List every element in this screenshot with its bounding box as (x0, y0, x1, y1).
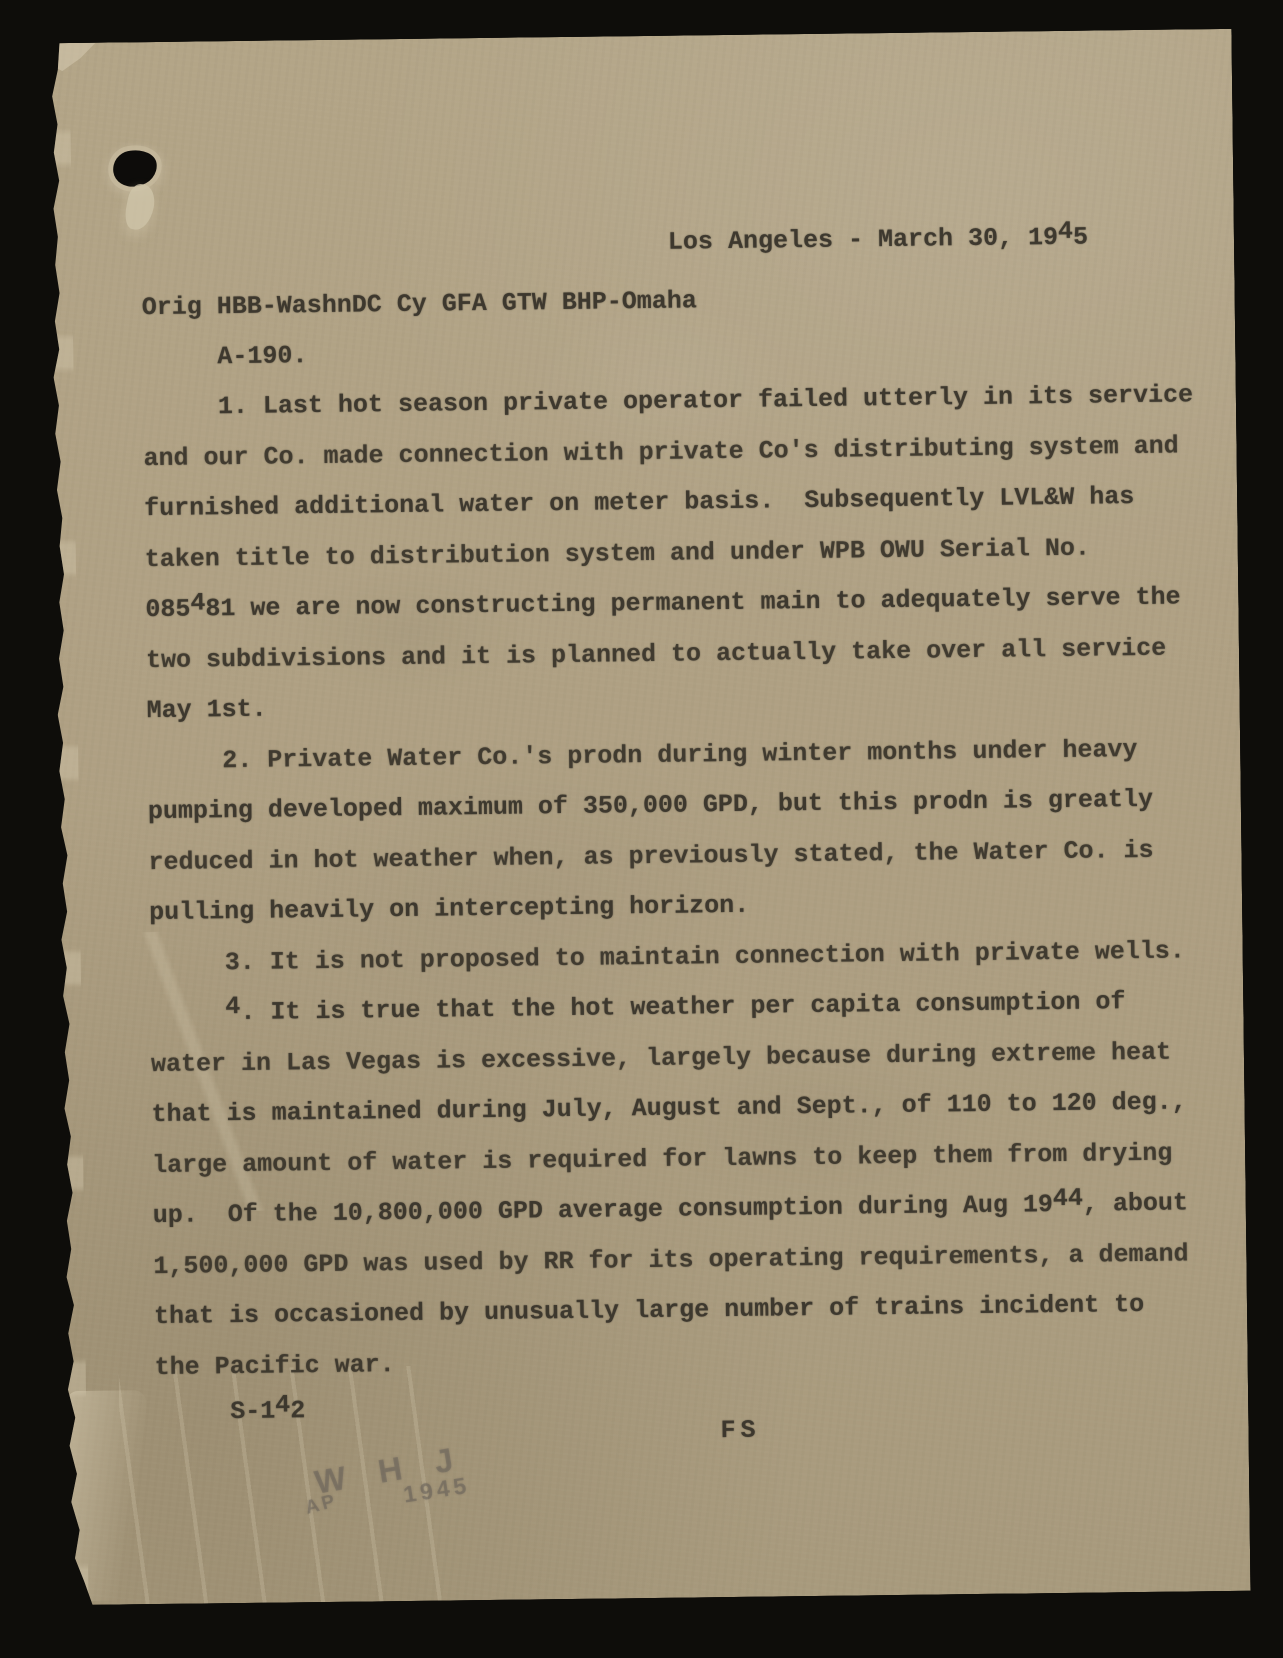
dateline: Los Angeles - March 30, 1945 (668, 223, 1088, 257)
typist-initials: FS (720, 1416, 760, 1445)
paper-sheet: Los Angeles - March 30, 1945 Orig HBB-Wa… (48, 29, 1251, 1605)
received-stamp: W H J 1945 AP (48, 29, 1232, 43)
typed-content: Los Angeles - March 30, 1945 Orig HBB-Wa… (48, 29, 1251, 1605)
body-text: 1. Last hot season private operator fail… (143, 380, 1205, 1403)
scan-background: { "scan": { "background_color": "#0e0d0a… (0, 0, 1283, 1658)
stamp-month: AP (303, 1490, 340, 1520)
routing-line: Orig HBB-WashnDC Cy GFA GTW BHP-Omaha (142, 286, 697, 322)
reference-number: A-190. (142, 341, 307, 372)
serial-number: S-142 (155, 1396, 305, 1427)
